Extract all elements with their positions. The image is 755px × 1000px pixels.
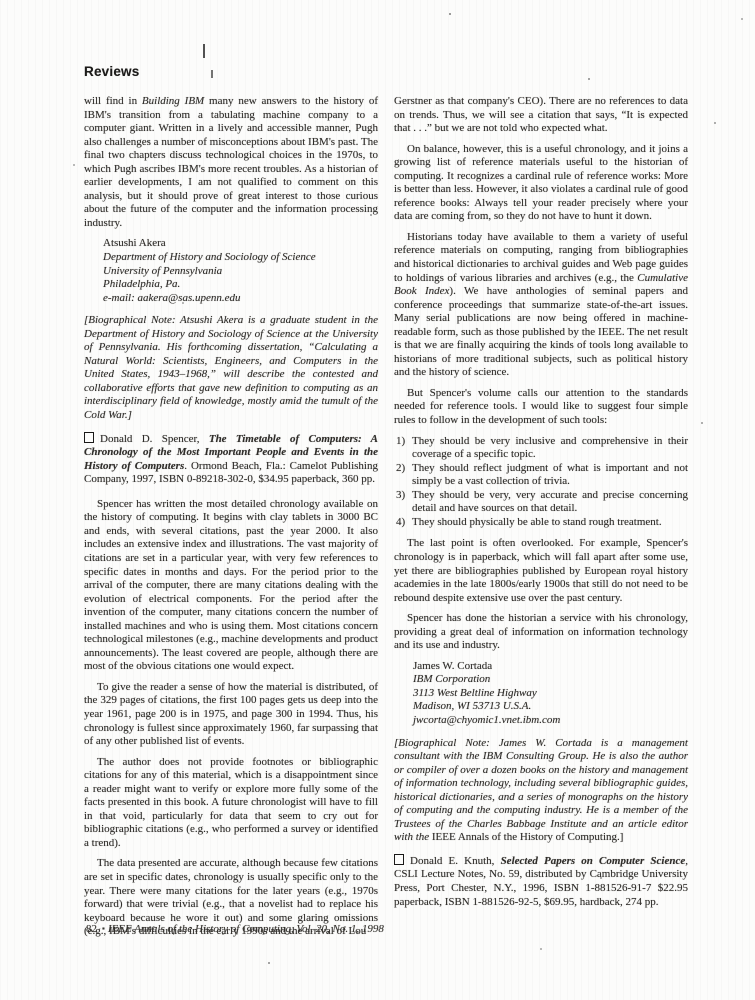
rules-list-item: 2)They should reflect judgment of what i… [396, 462, 688, 489]
rules-list-item: 4)They should physically be able to stan… [396, 516, 688, 530]
signature-line: University of Pennsylvania [103, 265, 378, 279]
text-run: Gerstner as that company's CEO). There a… [394, 95, 688, 134]
signature-line: e-mail: aakera@sas.upenn.edu [103, 292, 378, 306]
checkbox-icon [84, 432, 94, 443]
text-run: many new answers to the history of IBM's… [84, 95, 378, 229]
page-section-title: Reviews [84, 64, 139, 79]
text-run: But Spencer's volume calls our attention… [394, 387, 688, 426]
rules-list-item: 3)They should be very, very accurate and… [396, 489, 688, 516]
list-item-text: They should physically be able to stand … [412, 516, 688, 530]
right-column: Gerstner as that company's CEO). There a… [394, 95, 688, 946]
biographical-note: [Biographical Note: Atsushi Akera is a g… [84, 314, 378, 422]
text-run: To give the reader a sense of how the ma… [84, 681, 378, 747]
text-run: The author does not provide footnotes or… [84, 756, 378, 849]
body-paragraph: To give the reader a sense of how the ma… [84, 681, 378, 749]
list-item-text: They should reflect judgment of what is … [412, 462, 688, 489]
signature-line: jwcorta@chyomic1.vnet.ibm.com [413, 714, 688, 728]
list-marker: 4) [396, 516, 412, 530]
signature-line: Philadelphia, Pa. [103, 278, 378, 292]
signature-line: James W. Cortada [413, 660, 688, 674]
text-run: On balance, however, this is a useful ch… [394, 143, 688, 223]
text-run: Donald E. Knuth, [410, 855, 501, 867]
signature-block: James W. CortadaIBM Corporation3113 West… [413, 660, 688, 728]
biographical-note: [Biographical Note: James W. Cortada is … [394, 737, 688, 845]
body-paragraph: The last point is often overlooked. For … [394, 537, 688, 605]
text-run: [Biographical Note: James W. Cortada is … [394, 737, 688, 844]
list-item-text: They should be very inclusive and compre… [412, 435, 688, 462]
text-run: Selected Papers on Computer Science [501, 855, 686, 867]
text-run: ). We have anthologies of seminal papers… [394, 285, 688, 378]
rules-list: 1)They should be very inclusive and comp… [396, 435, 688, 530]
body-paragraph: Spencer has written the most detailed ch… [84, 498, 378, 674]
text-run: Spencer has done the historian a service… [394, 612, 688, 651]
rules-list-item: 1)They should be very inclusive and comp… [396, 435, 688, 462]
body-paragraph: The author does not provide footnotes or… [84, 756, 378, 851]
book-entry: Donald D. Spencer, The Timetable of Comp… [84, 432, 378, 487]
journal-citation: IEEE Annals of the History of Computing,… [108, 923, 384, 935]
signature-line: Atsushi Akera [103, 237, 378, 251]
left-column: will find in Building IBM many new answe… [84, 95, 378, 946]
body-paragraph: Gerstner as that company's CEO). There a… [394, 95, 688, 136]
signature-line: 3113 West Beltline Highway [413, 687, 688, 701]
signature-line: Madison, WI 53713 U.S.A. [413, 700, 688, 714]
signature-line: IBM Corporation [413, 673, 688, 687]
scan-artifact-mark [211, 70, 213, 78]
page-number: 82 [86, 923, 97, 935]
text-run: IEEE Annals of the History of Computing.… [432, 831, 624, 843]
signature-block: Atsushi AkeraDepartment of History and S… [103, 237, 378, 305]
body-paragraph: Spencer has done the historian a service… [394, 612, 688, 653]
page-footer: 82▪IEEE Annals of the History of Computi… [86, 923, 384, 935]
body-paragraph: will find in Building IBM many new answe… [84, 95, 378, 230]
body-paragraph: On balance, however, this is a useful ch… [394, 143, 688, 224]
signature-line: Department of History and Sociology of S… [103, 251, 378, 265]
list-marker: 3) [396, 489, 412, 516]
two-column-text: will find in Building IBM many new answe… [84, 95, 688, 946]
journal-page-scan: Reviews will find in Building IBM many n… [0, 0, 755, 1000]
book-entry: Donald E. Knuth, Selected Papers on Comp… [394, 854, 688, 909]
checkbox-icon [394, 854, 404, 865]
scan-speckles [0, 0, 2, 2]
text-run: Spencer has written the most detailed ch… [84, 498, 378, 673]
text-run: Building IBM [142, 95, 204, 107]
list-marker: 2) [396, 462, 412, 489]
body-paragraph: But Spencer's volume calls our attention… [394, 387, 688, 428]
scan-artifact-mark [203, 44, 205, 58]
footer-bullet-icon: ▪ [97, 924, 108, 933]
text-run: The last point is often overlooked. For … [394, 537, 688, 603]
text-run: [Biographical Note: Atsushi Akera is a g… [84, 314, 378, 421]
text-run: Donald D. Spencer, [100, 433, 209, 445]
text-run: will find in [84, 95, 142, 107]
list-marker: 1) [396, 435, 412, 462]
body-paragraph: Historians today have available to them … [394, 231, 688, 380]
list-item-text: They should be very, very accurate and p… [412, 489, 688, 516]
